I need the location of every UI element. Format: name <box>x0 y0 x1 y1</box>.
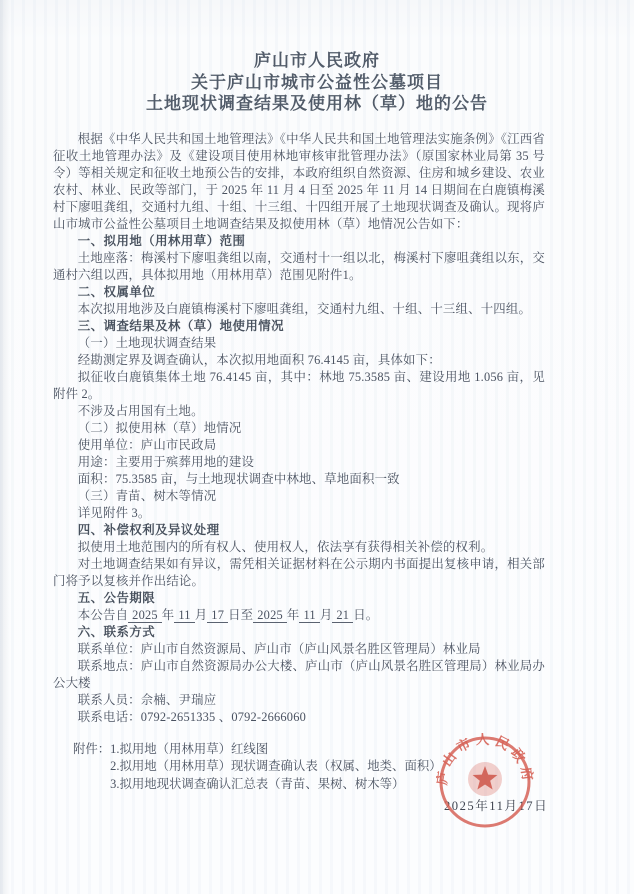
official-seal: 庐山市人民政府 <box>436 733 534 831</box>
intro-paragraph: 根据《中华人民共和国土地管理法》《中华人民共和国土地管理法实施条例》《江西省征收… <box>53 131 545 233</box>
notice-period-line: 本公告自2025年11月17日至2025年11月21日。 <box>53 607 545 624</box>
document-title: 庐山市人民政府 关于庐山市城市公益性公墓项目 土地现状调查结果及使用林（草）地的… <box>0 0 634 115</box>
land-location-paragraph: 土地座落：梅溪村下廖咀龚组以南，交通村十一组以北，梅溪村下廖咀龚组以东，交通村六… <box>53 250 545 284</box>
survey-area-paragraph: 经勘测定界及调查确认，本次拟用地面积 76.4145 亩，具体如下： <box>53 352 545 369</box>
objection-paragraph: 对土地调查结果如有异议，需凭相关证据材料在公示期内书面提出复核申请，相关部门将予… <box>53 556 545 590</box>
period-to-month: 11 <box>299 608 319 623</box>
contact-unit-paragraph: 联系单位：庐山市自然资源局、庐山市（庐山风景名胜区管理局）林业局 <box>53 641 545 658</box>
compensation-rights-paragraph: 拟使用土地范围内的所有权人、使用权人，依法享有获得相关补偿的权利。 <box>53 539 545 556</box>
section1-heading: 一、拟用地（用林用草）范围 <box>53 233 545 250</box>
contact-person-paragraph: 联系人员：佘楠、尹瑞应 <box>53 692 545 709</box>
forest-area-paragraph: 面积：75.3585 亩，与土地现状调查中林地、草地面积一致 <box>53 471 545 488</box>
ownership-paragraph: 本次拟用地涉及白鹿镇梅溪村下廖咀龚组，交通村九组、十组、十三组、十四组。 <box>53 301 545 318</box>
crops-trees-subheading: （三）青苗、树木等情况 <box>53 488 545 505</box>
contact-place-paragraph: 联系地点：庐山市自然资源局办公大楼、庐山市（庐山风景名胜区管理局）林业局办公大楼 <box>53 658 545 692</box>
attachment-item-1: 1.拟用地（用林用草）红线图 <box>110 741 441 759</box>
using-unit-paragraph: 使用单位：庐山市民政局 <box>53 437 545 454</box>
title-line-1: 庐山市人民政府 <box>0 50 634 72</box>
attachment-item-2: 2.拟用地（用林用草）现状调查确认表（权属、地类、面积） <box>110 758 441 776</box>
document-page: 庐山市人民政府 关于庐山市城市公益性公墓项目 土地现状调查结果及使用林（草）地的… <box>0 0 634 894</box>
section4-heading: 四、补偿权利及异议处理 <box>53 522 545 539</box>
period-from-day: 17 <box>207 608 228 623</box>
period-to-year: 2025 <box>253 608 287 623</box>
section2-heading: 二、权属单位 <box>53 284 545 301</box>
contact-phone-paragraph: 联系电话：0792-2651335 、0792-2666060 <box>53 709 545 726</box>
period-to-day: 21 <box>332 608 353 623</box>
section3-heading: 三、调查结果及林（草）地使用情况 <box>53 318 545 335</box>
section5-heading: 五、公告期限 <box>53 590 545 607</box>
period-prefix: 本公告自 <box>78 608 128 622</box>
document-body: 根据《中华人民共和国土地管理法》《中华人民共和国土地管理法实施条例》《江西省征收… <box>53 131 545 726</box>
government-seal-icon: 庐山市人民政府 <box>436 733 534 831</box>
survey-result-subheading: （一）土地现状调查结果 <box>53 335 545 352</box>
period-from-year: 2025 <box>128 608 162 623</box>
title-line-2: 关于庐山市城市公益性公墓项目 <box>0 72 634 94</box>
attachment-items: 1.拟用地（用林用草）红线图 2.拟用地（用林用草）现状调查确认表（权属、地类、… <box>110 741 441 794</box>
forest-use-subheading: （二）拟使用林（草）地情况 <box>53 420 545 437</box>
see-attachment-paragraph: 详见附件 3。 <box>53 505 545 522</box>
land-breakdown-paragraph: 拟征收白鹿镇集体土地 76.4145 亩，其中：林地 75.3585 亩、建设用… <box>53 369 545 403</box>
attachment-item-3: 3.拟用地现状调查确认汇总表（青苗、果树、树木等） <box>110 776 441 794</box>
title-line-3: 土地现状调查结果及使用林（草）地的公告 <box>0 93 634 115</box>
attachments-label: 附件： <box>73 741 110 759</box>
section6-heading: 六、联系方式 <box>53 624 545 641</box>
period-from-month: 11 <box>174 608 194 623</box>
purpose-paragraph: 用途：主要用于殡葬用地的建设 <box>53 454 545 471</box>
state-land-paragraph: 不涉及占用国有土地。 <box>53 403 545 420</box>
